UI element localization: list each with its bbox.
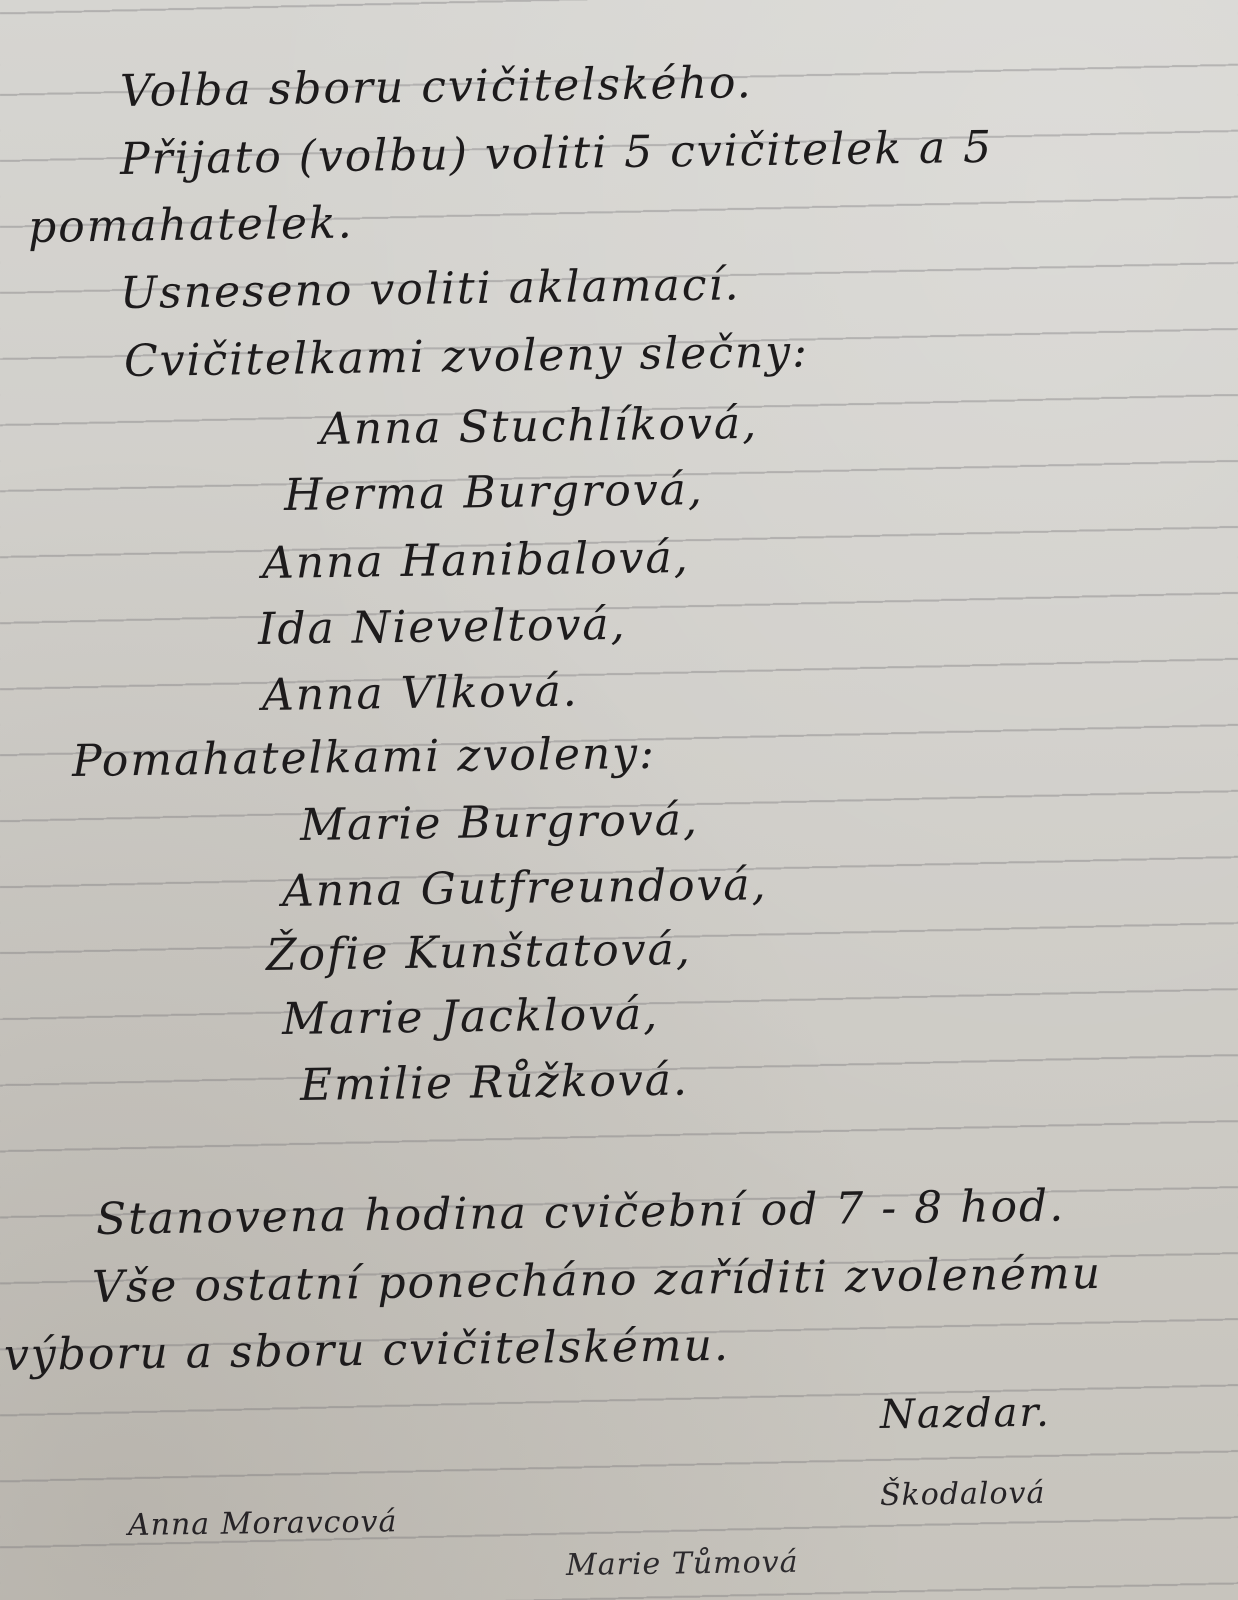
salutation: Nazdar.	[880, 1390, 1051, 1438]
text-line-acclamation: Usneseno voliti aklamací.	[120, 259, 741, 319]
text-line-assistants-count: pomahatelek.	[28, 197, 354, 253]
instructor-name: Anna Vlková.	[262, 666, 579, 721]
instructor-name: Ida Nieveltová,	[258, 599, 627, 655]
text-line-training-hours: Stanovena hodina cvičební od 7 - 8 hod.	[96, 1180, 1066, 1245]
assistant-name: Marie Burgrová,	[300, 794, 700, 851]
assistant-name: Marie Jacklová,	[282, 989, 660, 1045]
text-line-committee: výboru a sboru cvičitelskému.	[4, 1320, 731, 1381]
assistant-name: Anna Gutfreundová,	[282, 859, 768, 917]
instructors-heading: Cvičitelkami zvoleny slečny:	[124, 326, 810, 387]
assistants-heading: Pomahatelkami zvoleny:	[72, 728, 657, 787]
assistant-name: Žofie Kunštatová,	[266, 924, 692, 981]
instructor-name: Herma Burgrová,	[284, 464, 705, 521]
text-line-election-count: Přijato (volbu) voliti 5 cvičitelek a 5	[120, 122, 994, 185]
signature: Anna Moravcová	[128, 1504, 398, 1543]
notebook-page: Volba sboru cvičitelského. Přijato (volb…	[0, 0, 1238, 1600]
text-line-remaining-matters: Vše ostatní ponecháno zaříditi zvolenému	[92, 1248, 1103, 1313]
document-title: Volba sboru cvičitelského.	[120, 57, 753, 117]
instructor-name: Anna Stuchlíková,	[320, 398, 759, 455]
signature: Marie Tůmová	[566, 1545, 799, 1583]
signature: Škodalová	[880, 1476, 1046, 1513]
assistant-name: Emilie Růžková.	[300, 1055, 690, 1111]
instructor-name: Anna Hanibalová,	[262, 532, 690, 589]
